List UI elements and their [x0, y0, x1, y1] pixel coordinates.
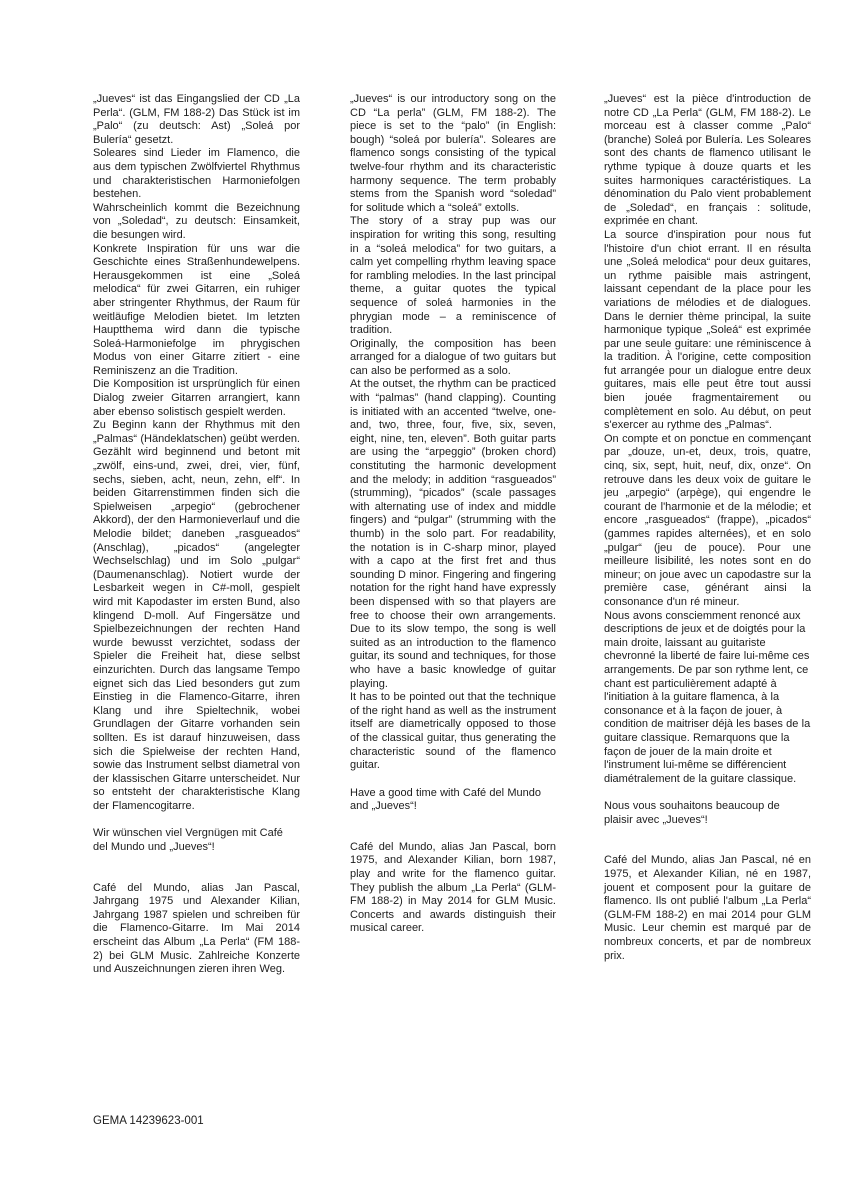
column-german: „Jueves“ ist das Eingangslied der CD „La…	[93, 93, 300, 977]
paragraph: Nous avons consciemment renoncé aux desc…	[604, 610, 811, 787]
paragraph: Soleares sind Lieder im Flamenco, die au…	[93, 147, 300, 201]
paragraph: On compte et on ponctue en commençant pa…	[604, 433, 811, 610]
paragraph-bio: Café del Mundo, alias Jan Pascal, né en …	[604, 854, 811, 963]
paragraph: Wahrscheinlich kommt die Bezeichnung von…	[93, 202, 300, 243]
paragraph-greeting: Wir wünschen viel Vergnügen mit Café del…	[93, 827, 300, 854]
paragraph-bio: Café del Mundo, alias Jan Pascal, born 1…	[350, 841, 556, 936]
paragraph-greeting: Nous vous souhaitons beaucoup de plaisir…	[604, 800, 811, 827]
paragraph: Konkrete Inspiration für uns war die Ges…	[93, 243, 300, 379]
paragraph-bio: Café del Mundo, alias Jan Pascal, Jahrga…	[93, 882, 300, 977]
document-page: „Jueves“ ist das Eingangslied der CD „La…	[0, 0, 848, 1200]
paragraph: It has to be pointed out that the techni…	[350, 691, 556, 773]
paragraph: „Jueves“ ist das Eingangslied der CD „La…	[93, 93, 300, 147]
column-french: „Jueves“ est la pièce d'introduction de …	[604, 93, 811, 963]
paragraph: Originally, the composition has been arr…	[350, 338, 556, 379]
column-english: „Jueves“ is our introductory song on the…	[350, 93, 556, 936]
paragraph: The story of a stray pup was our inspira…	[350, 215, 556, 337]
paragraph-greeting: Have a good time with Café del Mundo and…	[350, 787, 556, 814]
paragraph: „Jueves“ est la pièce d'introduction de …	[604, 93, 811, 229]
paragraph: At the outset, the rhythm can be practic…	[350, 378, 556, 691]
gema-number: GEMA 14239623-001	[93, 1115, 204, 1129]
paragraph: La source d'inspiration pour nous fut l'…	[604, 229, 811, 433]
paragraph: Die Komposition ist ursprünglich für ein…	[93, 378, 300, 419]
paragraph: „Jueves“ is our introductory song on the…	[350, 93, 556, 215]
paragraph: Zu Beginn kann der Rhythmus mit den „Pal…	[93, 419, 300, 813]
